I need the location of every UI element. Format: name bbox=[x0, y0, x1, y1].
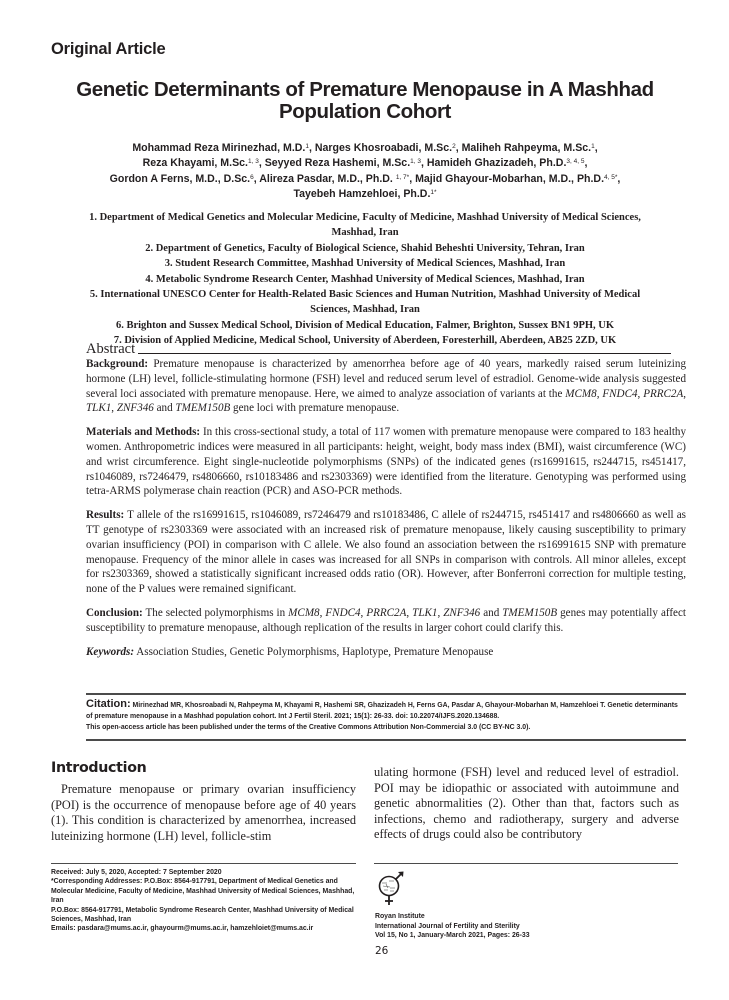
correspondence-footnote: Received: July 5, 2020, Accepted: 7 Sept… bbox=[51, 868, 356, 934]
author: Seyyed Reza Hashemi, M.Sc.1, 3, bbox=[265, 157, 427, 169]
author-affiliation-marker: 2 bbox=[452, 143, 456, 150]
author: Reza Khayami, M.Sc.1, 3, bbox=[143, 157, 265, 169]
gene-name: ZNF346 bbox=[117, 402, 154, 414]
abstract-heading: Abstract bbox=[86, 340, 686, 357]
received-dates: Received: July 5, 2020, Accepted: 7 Sept… bbox=[51, 868, 356, 877]
author: Alireza Pasdar, M.D., Ph.D. 1, 7*, bbox=[259, 173, 415, 185]
affiliation: 2. Department of Genetics, Faculty of Bi… bbox=[70, 241, 660, 256]
abstract-section: Background: Premature menopause is chara… bbox=[86, 357, 686, 416]
introduction-right-column: ulating hormone (FSH) level and reduced … bbox=[374, 765, 679, 843]
footer-divider-right bbox=[374, 863, 678, 864]
publisher-name: Royan Institute bbox=[375, 912, 530, 922]
author: Narges Khosroabadi, M.Sc.2, bbox=[315, 142, 462, 154]
author-affiliation-marker: 1* bbox=[430, 189, 436, 196]
author: Majid Ghayour-Mobarhan, M.D., Ph.D.4, 5*… bbox=[415, 173, 620, 185]
gene-name: FNDC4 bbox=[602, 388, 637, 400]
abstract-heading-rule bbox=[138, 353, 671, 354]
abstract-section-label: Background: bbox=[86, 358, 148, 370]
author: Gordon A Ferns, M.D., D.Sc.6, bbox=[110, 173, 260, 185]
author-affiliation-marker: 1, 3 bbox=[410, 158, 421, 165]
citation: Citation: Mirinezhad MR, Khosroabadi N, … bbox=[86, 699, 686, 722]
author: Hamideh Ghazizadeh, Ph.D.3, 4, 5, bbox=[427, 157, 588, 169]
license-statement: This open-access article has been publis… bbox=[86, 722, 686, 733]
abstract: Abstract Background: Premature menopause… bbox=[86, 340, 686, 668]
introduction-heading: Introduction bbox=[51, 760, 146, 776]
keywords-label: Keywords: bbox=[86, 646, 134, 658]
citation-label: Citation: bbox=[86, 698, 131, 710]
corresponding-address: *Corresponding Addresses: P.O.Box: 8564-… bbox=[51, 877, 356, 905]
article-type-label: Original Article bbox=[51, 40, 165, 59]
author: Tayebeh Hamzehloei, Ph.D.1* bbox=[293, 188, 436, 200]
gene-name: FNDC4 bbox=[325, 607, 360, 619]
abstract-section-label: Conclusion: bbox=[86, 607, 143, 619]
journal-info: Royan Institute International Journal of… bbox=[375, 912, 530, 941]
citation-text: Mirinezhad MR, Khosroabadi N, Rahpeyma M… bbox=[86, 702, 678, 720]
abstract-heading-label: Abstract bbox=[86, 341, 135, 357]
author-affiliation-marker: 3, 4, 5 bbox=[566, 158, 584, 165]
author-affiliation-marker: 1 bbox=[305, 143, 309, 150]
author-list: Mohammad Reza Mirinezhad, M.D.1, Narges … bbox=[60, 141, 670, 202]
keywords-text: Association Studies, Genetic Polymorphis… bbox=[134, 646, 493, 658]
introduction-left-column: Premature menopause or primary ovarian i… bbox=[51, 782, 356, 844]
affiliation: 4. Metabolic Syndrome Research Center, M… bbox=[70, 272, 660, 287]
citation-box: Citation: Mirinezhad MR, Khosroabadi N, … bbox=[86, 693, 686, 741]
author: Mohammad Reza Mirinezhad, M.D.1, bbox=[132, 142, 315, 154]
secondary-address: P.O.Box: 8564-917791, Metabolic Syndrome… bbox=[51, 906, 356, 925]
affiliation: 5. International UNESCO Center for Healt… bbox=[70, 287, 660, 318]
author-line: Gordon A Ferns, M.D., D.Sc.6, Alireza Pa… bbox=[60, 172, 670, 187]
author-line: Mohammad Reza Mirinezhad, M.D.1, Narges … bbox=[60, 141, 670, 156]
abstract-section-label: Materials and Methods: bbox=[86, 426, 200, 438]
journal-issue: Vol 15, No 1, January-March 2021, Pages:… bbox=[375, 931, 530, 941]
gene-name: ZNF346 bbox=[443, 607, 480, 619]
affiliation: 1. Department of Medical Genetics and Mo… bbox=[70, 210, 660, 241]
author-affiliation-marker: 6 bbox=[250, 174, 254, 181]
article-title: Genetic Determinants of Premature Menopa… bbox=[60, 79, 670, 123]
affiliation-list: 1. Department of Medical Genetics and Mo… bbox=[70, 210, 660, 349]
keywords: Keywords: Association Studies, Genetic P… bbox=[86, 645, 686, 660]
abstract-sections: Background: Premature menopause is chara… bbox=[86, 357, 686, 636]
affiliation: 6. Brighton and Sussex Medical School, D… bbox=[70, 318, 660, 333]
royan-institute-logo-icon bbox=[375, 866, 405, 910]
affiliation: 3. Student Research Committee, Mashhad U… bbox=[70, 256, 660, 271]
journal-name: International Journal of Fertility and S… bbox=[375, 922, 530, 932]
abstract-section: Conclusion: The selected polymorphisms i… bbox=[86, 606, 686, 636]
author-affiliation-marker: 4, 5* bbox=[604, 174, 617, 181]
author-line: Tayebeh Hamzehloei, Ph.D.1* bbox=[60, 187, 670, 202]
author: Maliheh Rahpeyma, M.Sc.1, bbox=[462, 142, 598, 154]
gene-name: TMEM150B bbox=[502, 607, 557, 619]
author-affiliation-marker: 1, 3 bbox=[248, 158, 259, 165]
author-line: Reza Khayami, M.Sc.1, 3, Seyyed Reza Has… bbox=[60, 156, 670, 171]
abstract-section: Materials and Methods: In this cross-sec… bbox=[86, 425, 686, 499]
contact-emails: Emails: pasdara@mums.ac.ir, ghayourm@mum… bbox=[51, 924, 356, 933]
gene-name: PRRC2A bbox=[643, 388, 683, 400]
gene-name: PRRC2A bbox=[366, 607, 406, 619]
page-number: 26 bbox=[375, 945, 388, 957]
author-affiliation-marker: 1, 7* bbox=[396, 174, 409, 181]
gene-name: MCM8 bbox=[565, 388, 596, 400]
author-affiliation-marker: 1 bbox=[591, 143, 595, 150]
footer-divider-left bbox=[51, 863, 356, 864]
gene-name: MCM8 bbox=[288, 607, 319, 619]
abstract-section: Results: T allele of the rs16991615, rs1… bbox=[86, 508, 686, 597]
gene-name: TLK1 bbox=[412, 607, 437, 619]
gene-name: TLK1 bbox=[86, 402, 111, 414]
gene-name: TMEM150B bbox=[175, 402, 230, 414]
abstract-section-label: Results: bbox=[86, 509, 124, 521]
